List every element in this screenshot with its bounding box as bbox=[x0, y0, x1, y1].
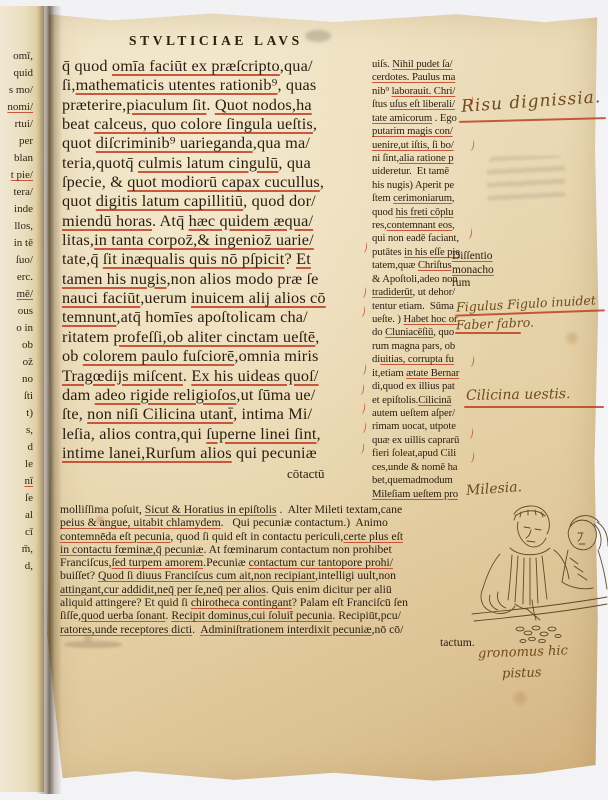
bottom-text-block: molliſſima poſuit, Sicut & Horatius in e… bbox=[60, 503, 408, 636]
text-segment: oz̄ bbox=[23, 356, 33, 368]
text-segment: omī, bbox=[13, 50, 33, 62]
text-segment: tate,q̄ bbox=[62, 249, 103, 268]
text-segment: s, bbox=[26, 424, 33, 436]
text-line: d bbox=[7, 439, 33, 456]
text-line: quæ ex uillis caprarū bbox=[372, 434, 460, 447]
ink-smudge bbox=[64, 641, 122, 648]
red-underlined-text: putarim magis con/ bbox=[372, 125, 453, 137]
text-line: it,etiam ætate Bernar bbox=[372, 367, 460, 380]
book-photo: omī,quids mo/nomi/rtui/perblant pie/tera… bbox=[0, 0, 608, 800]
text-segment: ,omnia miris bbox=[234, 346, 318, 365]
text-line: le bbox=[7, 456, 33, 473]
red-underlined-text: ſed turpem amorem bbox=[112, 556, 204, 569]
text-segment: quot bbox=[62, 191, 96, 210]
red-underlined-text: Mileſiam ueſtem pro bbox=[372, 488, 458, 500]
red-underlined-text: Et bbox=[296, 249, 311, 268]
text-line: miendū horas. Atq̄ hæc quidem æqua/ bbox=[62, 211, 326, 230]
text-line: nomi/ bbox=[7, 99, 33, 116]
text-line: o in bbox=[7, 320, 33, 337]
text-line: Franciſcus,ſed turpem amorem.Pecuniæ con… bbox=[60, 556, 408, 569]
text-segment: , bbox=[452, 219, 455, 231]
text-segment: ſpecie, & bbox=[62, 172, 127, 191]
red-underlined-text: hæc quidem æqua/ bbox=[189, 211, 314, 230]
text-line: diuitias, corrupta fu bbox=[372, 353, 460, 366]
red-underlined-text: ſuperne linei ſint bbox=[206, 424, 316, 443]
text-segment: autem ueſtem aſper/ bbox=[372, 407, 455, 419]
text-line: quot diſcriminib⁹ uarieganda,qua ma/ bbox=[62, 133, 326, 152]
text-line: rum bbox=[452, 277, 494, 291]
text-segment: putātes bbox=[372, 246, 404, 258]
text-segment: no bbox=[22, 373, 33, 385]
red-underlined-text: tate amicorum bbox=[372, 112, 432, 124]
text-segment: s mo/ bbox=[9, 84, 33, 96]
text-line: ces,unde & nomē ha bbox=[372, 461, 460, 474]
text-segment: ,qua ma/ bbox=[253, 133, 310, 152]
red-underlined-text: attingant,cur addidit,neq̄ per ſe,neq̄ p… bbox=[60, 583, 266, 596]
text-segment: cī bbox=[25, 526, 33, 538]
text-segment: rum magna pars, ob bbox=[372, 340, 455, 352]
text-line: do Cluniacēſiū, quo bbox=[372, 326, 460, 339]
text-segment: quæ ex uillis caprarū bbox=[372, 434, 459, 446]
text-segment: ,intelligi uult,non bbox=[315, 569, 396, 582]
text-line: tentur etiam. Sūma bbox=[372, 300, 460, 313]
text-segment: ob bbox=[22, 339, 33, 351]
text-line: putarim magis con/ bbox=[372, 125, 460, 138]
text-segment: . bbox=[206, 95, 214, 114]
text-line: res,contemnant eos, bbox=[372, 219, 460, 232]
margin-note-dissentio: Diſſentiomonachorum bbox=[452, 250, 494, 291]
red-underline bbox=[455, 332, 521, 334]
text-segment: blan bbox=[14, 152, 33, 164]
red-underlined-text: in contactu fœminæ,q̄ pecuniæ bbox=[60, 543, 203, 556]
text-line: ritatem profeſſi,ob aliter cinctam ueſtē… bbox=[62, 327, 326, 346]
red-underlined-text: adeo rigide religioſos bbox=[95, 385, 237, 404]
text-segment: it,etiam bbox=[372, 367, 406, 379]
text-line: peius & angue, uitabit chlamydem. Qui pe… bbox=[60, 516, 408, 529]
red-underlined-text: profeſſi,ob aliter cinctam ueſtē bbox=[113, 327, 315, 346]
text-line: ous bbox=[7, 303, 33, 320]
text-segment: molliſſima poſuit, bbox=[60, 503, 145, 516]
text-segment: ſiſſe, bbox=[60, 609, 81, 622]
text-line: aliquid attingere? Et quid ſi chirotheca… bbox=[60, 596, 408, 609]
text-line: tera/ bbox=[7, 184, 33, 201]
red-underlined-text: Tragœdijs miſcent bbox=[62, 366, 183, 385]
text-segment: m̄, bbox=[22, 543, 33, 555]
text-segment: ces,unde & nomē ha bbox=[372, 461, 457, 473]
text-line: nib⁹ laborauit. Chri/ bbox=[372, 85, 460, 98]
text-segment: al bbox=[25, 509, 33, 521]
text-segment: per bbox=[19, 135, 33, 147]
red-underlined-text: Habet hoc or bbox=[403, 313, 457, 325]
red-underlined-text: calceus, quo colore ſingula ueſtis bbox=[94, 114, 313, 133]
text-line: uiſs. Nihil pudet ſa/ bbox=[372, 58, 460, 71]
handwritten-note-cilicina: Cilicina uestis. bbox=[466, 386, 571, 404]
text-segment: ſtem bbox=[372, 192, 393, 204]
text-segment: ſuo/ bbox=[16, 254, 33, 266]
text-segment: ,non alios modo præ ſe bbox=[166, 269, 318, 288]
text-line: quod his freti cōplu bbox=[372, 206, 460, 219]
text-line: t pie/ bbox=[7, 167, 33, 184]
text-segment: qui non eadē faciant, bbox=[372, 232, 459, 244]
text-segment: d, bbox=[25, 560, 33, 572]
text-line: ſte, non niſi Cilicina utant̄, intima Mi… bbox=[62, 404, 326, 423]
text-segment: tatem,quæ bbox=[372, 259, 418, 271]
text-line: monacho bbox=[452, 264, 494, 278]
text-segment: , bbox=[315, 327, 319, 346]
text-line: omī, bbox=[7, 48, 33, 65]
text-segment: Franciſcus, bbox=[60, 556, 112, 569]
text-segment: , quo bbox=[433, 326, 454, 338]
text-segment: bet,quemadmodum bbox=[372, 474, 453, 486]
text-line: in tē bbox=[7, 235, 33, 252]
red-underlined-text: his freti cōplu bbox=[396, 206, 454, 218]
red-underlined-text: nomi/ bbox=[7, 101, 33, 113]
text-segment: quot bbox=[62, 133, 96, 152]
text-line: ob colorem paulo fuſciorē,omnia miris bbox=[62, 346, 326, 365]
text-segment: rimam uocat, utpote bbox=[372, 420, 456, 432]
text-segment: ueſte. ) bbox=[372, 313, 403, 325]
red-underlined-text: uitias, corrupta fu bbox=[380, 353, 454, 365]
text-segment: inde bbox=[14, 203, 33, 215]
text-segment: dam bbox=[62, 385, 95, 404]
red-underlined-text: Adminiſtrationem interdixit pecuniæ bbox=[200, 623, 371, 636]
text-segment: , bbox=[320, 172, 324, 191]
text-segment: ,uerum bbox=[140, 288, 191, 307]
red-underlined-text: mē/ bbox=[17, 288, 34, 300]
text-line: et epiſtolis.Cilicinā bbox=[372, 394, 460, 407]
text-segment: do bbox=[372, 326, 385, 338]
red-underlined-text: nauci faciūt bbox=[62, 288, 140, 307]
text-line: uideretur. Et tamē bbox=[372, 165, 460, 178]
text-line: Mileſiam ueſtem pro bbox=[372, 488, 460, 501]
red-underlined-text: contactum cur tantopore prohi/ bbox=[249, 556, 393, 569]
text-line: in contactu fœminæ,q̄ pecuniæ. At fœmina… bbox=[60, 543, 408, 556]
red-underlined-text: Chriſtus bbox=[418, 259, 452, 271]
text-segment: d bbox=[28, 441, 34, 453]
text-segment: nib⁹ bbox=[372, 85, 392, 97]
text-line: ſuo/ bbox=[7, 252, 33, 269]
red-underlined-text: temnunt bbox=[62, 307, 116, 326]
drawing-caption-2: pistus bbox=[502, 665, 542, 681]
text-line: tatem,quæ Chriſtus bbox=[372, 259, 460, 272]
red-underlined-text: contemnēda eſt pecunia bbox=[60, 530, 170, 543]
text-line: ni ſint,alia ratione p bbox=[372, 152, 460, 165]
text-line: erc. bbox=[7, 269, 33, 286]
text-line: m̄, bbox=[7, 541, 33, 558]
text-line: ob bbox=[7, 337, 33, 354]
text-line: ſpecie, & quot modiorū capax cucullus, bbox=[62, 172, 326, 191]
red-underlined-text: nī bbox=[24, 475, 33, 487]
text-line: temnunt,atq̄ homīes apoſtolicam cha/ bbox=[62, 307, 326, 326]
red-underlined-text: contemnant eos bbox=[387, 219, 452, 231]
text-segment: . Atq̄ bbox=[152, 211, 189, 230]
red-underlined-text: cerimoniarum bbox=[393, 192, 452, 204]
red-underlined-text: quot modiorū capax cucullus bbox=[127, 172, 320, 191]
text-segment: quod bbox=[372, 206, 396, 218]
red-underlined-text: peius & angue, uitabit chlamydem bbox=[60, 516, 221, 529]
red-underlined-text: diſcriminib⁹ uarieganda bbox=[96, 133, 253, 152]
red-underlined-text: Quod ſi diuus Franciſcus cum ait,non rec… bbox=[98, 569, 315, 582]
text-line: præterire,piaculum ſit. Quot nodos,ha bbox=[62, 95, 326, 114]
text-segment: uideretur. Et tamē bbox=[372, 165, 449, 177]
text-segment: . Qui pecuniæ contactum.) Animo bbox=[221, 516, 388, 529]
text-line: Tragœdijs miſcent. Ex his uideas quoſ/ bbox=[62, 366, 326, 385]
text-segment: . At fœminarum contactum non prohibet bbox=[203, 543, 391, 556]
show-through-ghost bbox=[487, 155, 566, 206]
red-underlined-text: mathematicis utentes rationib⁹ bbox=[76, 75, 278, 94]
text-line: qui non eadē faciant, bbox=[372, 232, 460, 245]
red-underlined-text: alia ratione p bbox=[399, 152, 453, 164]
red-underlined-text: non niſi Cilicina utant̄ bbox=[87, 404, 233, 423]
text-line: s, bbox=[7, 422, 33, 439]
text-line: autem ueſtem aſper/ bbox=[372, 407, 460, 420]
ink-smudge bbox=[305, 30, 331, 42]
text-line: di,quod ex illius pat bbox=[372, 380, 460, 393]
text-line: quot digitis latum capillitiū, quod dor/ bbox=[62, 191, 326, 210]
text-segment: fieri ſoleat,apud Cili bbox=[372, 447, 456, 459]
text-segment: ſi, bbox=[62, 75, 76, 94]
text-segment: o in bbox=[16, 322, 33, 334]
drawing-caption-1: gronomus hic bbox=[478, 643, 568, 661]
text-line: ſtem cerimoniarum, bbox=[372, 192, 460, 205]
red-underlined-text: tradiderūt bbox=[372, 286, 413, 298]
text-line: fieri ſoleat,apud Cili bbox=[372, 447, 460, 460]
text-line: litas,in tanta corpoz̄,& ingenioz̄ uarie… bbox=[62, 230, 326, 249]
text-line: molliſſima poſuit, Sicut & Horatius in e… bbox=[60, 503, 408, 516]
text-segment: ,qua/ bbox=[280, 56, 313, 75]
facing-page-fragments: omī,quids mo/nomi/rtui/perblant pie/tera… bbox=[7, 48, 33, 575]
red-underlined-text: uſus eſt liberali/ bbox=[390, 98, 455, 110]
text-segment: , bbox=[317, 424, 321, 443]
red-underlined-text: colorem paulo fuſciorē bbox=[83, 346, 235, 365]
text-line: no bbox=[7, 371, 33, 388]
text-line: & Apoſtoli,adeo non bbox=[372, 273, 460, 286]
red-underlined-text: inuicem alij alios cō bbox=[191, 288, 326, 307]
text-segment: beat bbox=[62, 114, 94, 133]
red-underlined-text: Nihil pudet ſa/ bbox=[392, 58, 452, 70]
text-line: contemnēda eſt pecunia, quod ſi quid eſt… bbox=[60, 530, 408, 543]
text-segment: ,nō cō/ bbox=[372, 623, 404, 636]
text-segment: , ut dehor/ bbox=[413, 286, 456, 298]
text-segment: llos, bbox=[14, 220, 33, 232]
text-segment: rum bbox=[452, 277, 470, 289]
text-segment: , bbox=[452, 192, 455, 204]
text-line: t) bbox=[7, 405, 33, 422]
text-line: tradiderūt, ut dehor/ bbox=[372, 286, 460, 299]
text-line: blan bbox=[7, 150, 33, 167]
text-line: rum magna pars, ob bbox=[372, 340, 460, 353]
red-underlined-text: miendū horas bbox=[62, 211, 152, 230]
text-line: cerdotes. Paulus ma bbox=[372, 71, 460, 84]
text-segment: . Ego bbox=[432, 112, 457, 124]
text-line: s mo/ bbox=[7, 82, 33, 99]
text-line: tamen his nugis,non alios modo præ ſe bbox=[62, 269, 326, 288]
text-line: per bbox=[7, 133, 33, 150]
text-line: mē/ bbox=[7, 286, 33, 303]
text-line: rtui/ bbox=[7, 116, 33, 133]
text-segment: ſe bbox=[25, 492, 33, 504]
red-underlined-text: digitis latum capillitiū bbox=[96, 191, 243, 210]
text-line: ſti bbox=[7, 388, 33, 405]
text-segment: leſia, alios contra,qui bbox=[62, 424, 206, 443]
text-line: llos, bbox=[7, 218, 33, 235]
text-line: Diſſentio bbox=[452, 250, 494, 264]
text-segment: t) bbox=[26, 407, 33, 419]
text-segment: ,atq̄ homīes apoſtolicam cha/ bbox=[116, 307, 307, 326]
red-underlined-text: Quot nodos,ha bbox=[215, 95, 312, 114]
text-line: quid bbox=[7, 65, 33, 82]
text-segment: . bbox=[192, 623, 200, 636]
text-segment: rtui/ bbox=[15, 118, 33, 130]
red-underlined-text: monacho bbox=[452, 264, 494, 276]
handwritten-note-figulus-2: Faber fabro. bbox=[456, 315, 534, 333]
text-line: d, bbox=[7, 558, 33, 575]
text-segment: , quas bbox=[277, 75, 316, 94]
text-line: ratores,unde receptores dicti. Adminiſtr… bbox=[60, 623, 408, 636]
text-line: al bbox=[7, 507, 33, 524]
red-underline bbox=[464, 406, 604, 408]
text-segment: uiſs. bbox=[372, 58, 392, 70]
text-line: putātes in his eſſe pie bbox=[372, 246, 460, 259]
text-line: cī bbox=[7, 524, 33, 541]
red-underlined-text: omīa faciūt ex præſcripto bbox=[112, 56, 280, 75]
text-segment: erc. bbox=[17, 271, 33, 283]
text-line: nauci faciūt,uerum inuicem alij alios cō bbox=[62, 288, 326, 307]
text-line: buiſſet? Quod ſi diuus Franciſcus cum ai… bbox=[60, 569, 408, 582]
red-underlined-text: laborauit. Chri/ bbox=[392, 85, 456, 97]
text-segment: his nugis) Aperit pe bbox=[372, 179, 454, 191]
red-underlined-text: ſit inæqualis quis nō pſpicit bbox=[103, 249, 285, 268]
text-segment: tera/ bbox=[13, 186, 33, 198]
red-underlined-text: Diſſentio bbox=[452, 250, 493, 262]
red-underlined-text: cerdotes. Paulus ma bbox=[372, 71, 455, 83]
text-segment: tentur etiam. Sūma bbox=[372, 300, 454, 312]
red-underlined-text: ætate Bernar bbox=[406, 367, 459, 379]
text-line: ueſte. ) Habet hoc or bbox=[372, 313, 460, 326]
commentary-column: uiſs. Nihil pudet ſa/cerdotes. Paulus ma… bbox=[372, 58, 460, 501]
text-segment: . Alter Mileti textam,cane bbox=[277, 503, 403, 516]
text-segment: præterire, bbox=[62, 95, 126, 114]
text-segment: le bbox=[25, 458, 33, 470]
text-segment: . Recipiūt,pcu/ bbox=[332, 609, 401, 622]
text-segment: & Apoſtoli,adeo non bbox=[372, 273, 458, 285]
text-line: nī bbox=[7, 473, 33, 490]
red-underlined-text: culmis latum cingulū bbox=[138, 153, 278, 172]
text-segment: quid bbox=[13, 67, 33, 79]
text-segment: ritatem bbox=[62, 327, 113, 346]
text-segment: ſtus bbox=[372, 98, 390, 110]
text-segment: , bbox=[313, 114, 317, 133]
text-segment: di,quod ex illius pat bbox=[372, 380, 455, 392]
text-line: ſi,mathematicis utentes rationib⁹, quas bbox=[62, 75, 326, 94]
red-underlined-text: Cilicinā bbox=[418, 394, 451, 406]
running-title: STVLTICIAE LAVS bbox=[129, 33, 303, 49]
text-line: dam adeo rigide religioſos,ut ſūma ue/ bbox=[62, 385, 326, 404]
red-underlined-text: in tanta corpoz̄,& ingenioz̄ uarie/ bbox=[94, 230, 314, 249]
red-underlined-text: piaculum ſit bbox=[126, 95, 206, 114]
red-underlined-text: ratores,unde receptores dicti bbox=[60, 623, 192, 636]
text-line: bet,quemadmodum bbox=[372, 474, 460, 487]
red-underlined-text: Sicut & Horatius in epiſtolis bbox=[145, 503, 277, 516]
text-line: attingant,cur addidit,neq̄ per ſe,neq̄ p… bbox=[60, 583, 408, 596]
text-segment: res, bbox=[372, 219, 387, 231]
text-segment: qui pecuniæ bbox=[232, 443, 317, 462]
text-segment: di bbox=[372, 353, 380, 365]
red-underlined-text: chirotheca contingant bbox=[191, 596, 292, 609]
text-segment: ,ut ſūma ue/ bbox=[236, 385, 315, 404]
text-line: rimam uocat, utpote bbox=[372, 420, 460, 433]
text-segment: , qua bbox=[278, 153, 310, 172]
gutter-shadow bbox=[36, 6, 62, 794]
text-line: tate,q̄ ſit inæqualis quis nō pſpicit? E… bbox=[62, 249, 326, 268]
text-line: intime lanei,Rurſum alios qui pecuniæ bbox=[62, 443, 326, 462]
text-line: q̄ quod omīa faciūt ex præſcripto,qua/ bbox=[62, 56, 326, 75]
text-segment: teria,quotq̄ bbox=[62, 153, 138, 172]
text-line: leſia, alios contra,qui ſuperne linei ſi… bbox=[62, 424, 326, 443]
red-underlined-text: uenire,ut iſtis, ſi bo/ bbox=[372, 139, 454, 151]
text-segment: buiſſet? bbox=[60, 569, 98, 582]
text-segment: ob bbox=[62, 346, 83, 365]
text-segment: ? bbox=[284, 249, 296, 268]
red-underlined-text: certe plus eſt bbox=[343, 530, 403, 543]
text-line: ſiſſe,quod uerba ſonant. Recipit dominus… bbox=[60, 609, 408, 622]
red-underlined-text: Recipit dominus,cui ſoluit̄ pecunia bbox=[171, 609, 332, 622]
text-line: inde bbox=[7, 201, 33, 218]
text-segment: litas, bbox=[62, 230, 94, 249]
main-text-column: q̄ quod omīa faciūt ex præſcripto,qua/ſi… bbox=[62, 56, 326, 462]
text-line: oz̄ bbox=[7, 354, 33, 371]
text-segment: , intima Mi/ bbox=[233, 404, 312, 423]
red-underlined-text: Cluniacēſiū bbox=[385, 326, 433, 338]
text-line: ſtus uſus eſt liberali/ bbox=[372, 98, 460, 111]
red-underlined-text: Ex his uideas quoſ/ bbox=[191, 366, 318, 385]
text-segment: ous bbox=[18, 305, 33, 317]
text-line: ſe bbox=[7, 490, 33, 507]
red-underlined-text: tamen his nugis bbox=[62, 269, 166, 288]
text-segment: ? Palam eſt Franciſcū ſen bbox=[292, 596, 408, 609]
text-line: tate amicorum . Ego bbox=[372, 112, 460, 125]
catchword-main: cōtactū bbox=[287, 466, 325, 482]
text-segment: aliquid attingere? Et quid ſi bbox=[60, 596, 191, 609]
text-segment: , quod ſi quid eſt in contactu periculi, bbox=[170, 530, 343, 543]
text-line: beat calceus, quo colore ſingula ueſtis, bbox=[62, 114, 326, 133]
text-line: uenire,ut iſtis, ſi bo/ bbox=[372, 139, 460, 152]
red-underlined-text: t pie/ bbox=[11, 169, 33, 181]
text-segment: et epiſtolis. bbox=[372, 394, 418, 406]
text-line: his nugis) Aperit pe bbox=[372, 179, 460, 192]
text-segment: ſte, bbox=[62, 404, 87, 423]
text-segment: in tē bbox=[14, 237, 33, 249]
text-segment: ſti bbox=[24, 390, 33, 402]
text-segment: .Pecuniæ bbox=[203, 556, 248, 569]
text-segment: ni ſint, bbox=[372, 152, 399, 164]
red-underlined-text: intime lanei,Rurſum alios bbox=[62, 443, 232, 462]
text-segment: , quod dor/ bbox=[243, 191, 316, 210]
text-segment: q̄ quod bbox=[62, 56, 112, 75]
text-line: teria,quotq̄ culmis latum cingulū, qua bbox=[62, 153, 326, 172]
text-segment: . Quis enim dicitur per aliū bbox=[266, 583, 392, 596]
red-underlined-text: quod uerba ſonant bbox=[81, 609, 165, 622]
margin-drawing-monk-and-woman bbox=[470, 500, 608, 650]
